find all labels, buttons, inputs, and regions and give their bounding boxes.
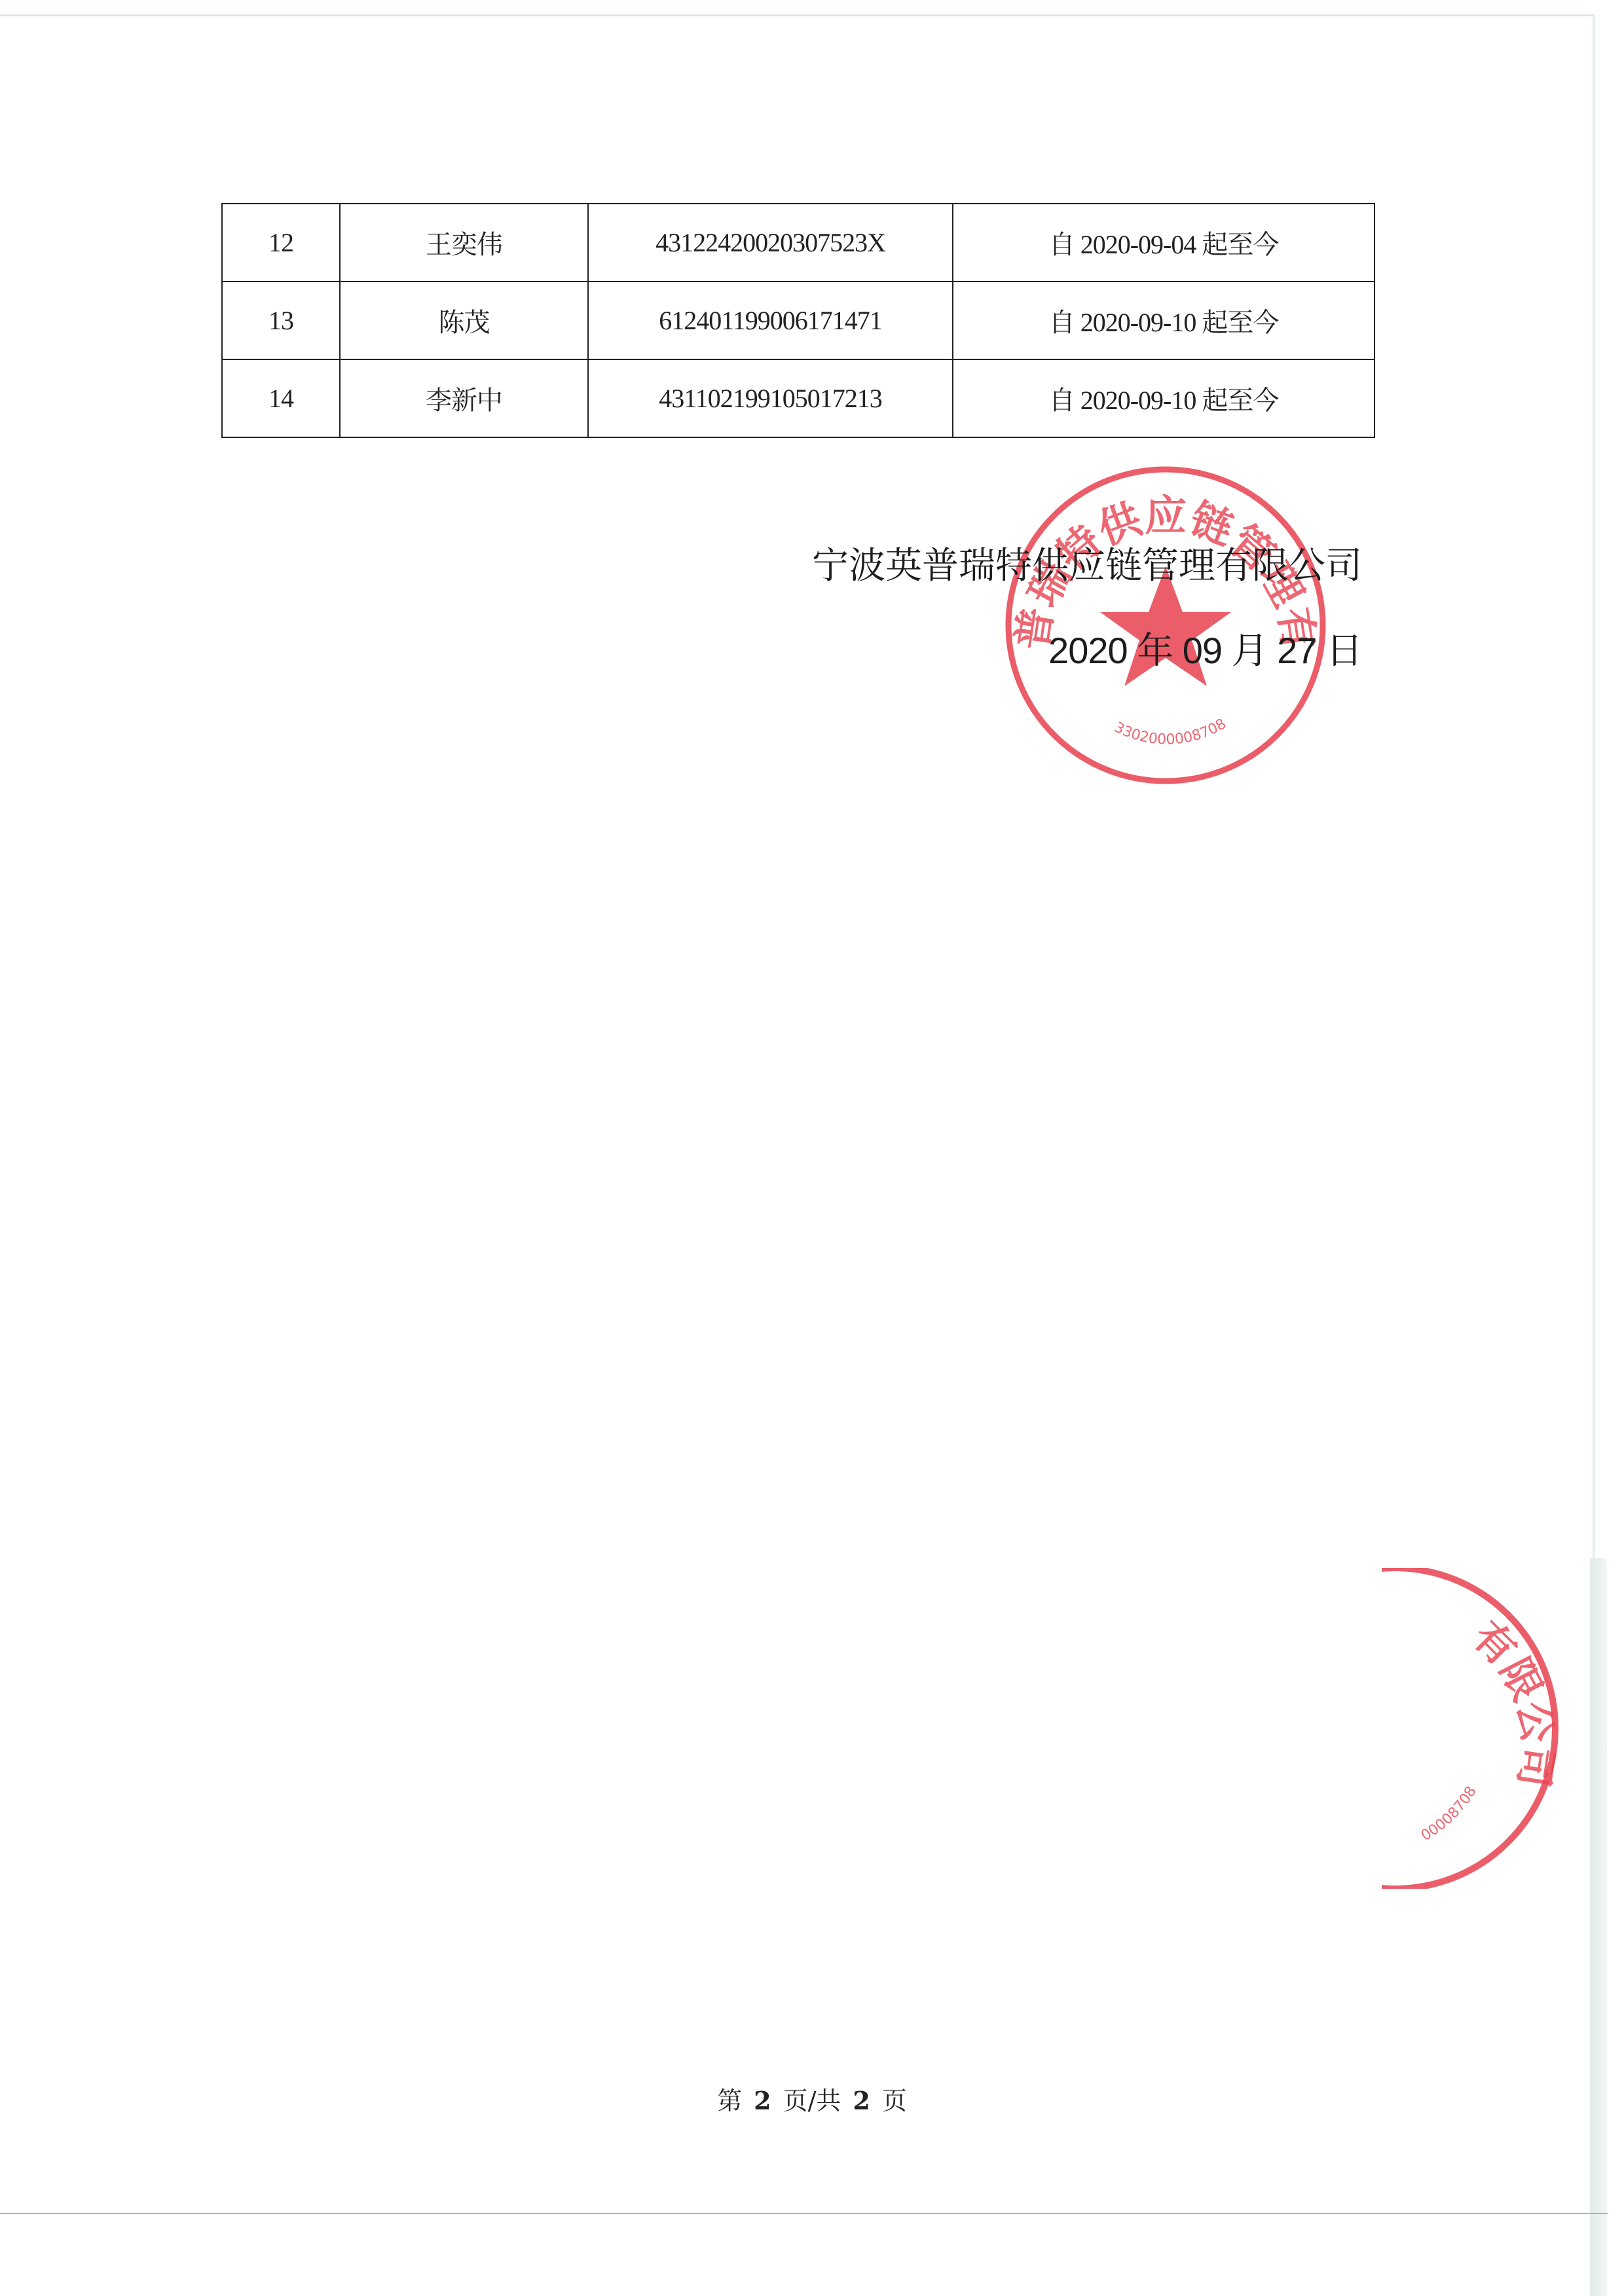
svg-text:有限公司: 有限公司 [1464, 1612, 1562, 1791]
period-prefix: 自 [1049, 386, 1075, 416]
period-date: 2020-09-04 [1080, 230, 1196, 259]
scan-bottom-line [0, 2213, 1608, 2214]
footer-middle: 页/共 [783, 2086, 841, 2115]
employment-period: 自 2020-09-10 起至今 [953, 359, 1375, 437]
employment-period: 自 2020-09-04 起至今 [953, 204, 1375, 282]
period-date: 2020-09-10 [1080, 308, 1196, 337]
personnel-table: 12 王奕伟 43122420020307523X 自 2020-09-04 起… [221, 203, 1375, 438]
page-footer: 第2页/共2页 [0, 2081, 1624, 2117]
company-name: 宁波英普瑞特供应链管理有限公司 [812, 537, 1362, 589]
current-page: 2 [754, 2086, 771, 2115]
svg-text:00008708: 00008708 [1418, 1783, 1480, 1844]
period-suffix: 起至今 [1202, 230, 1278, 260]
period-prefix: 自 [1049, 230, 1075, 260]
row-number: 12 [222, 204, 340, 282]
table-row: 12 王奕伟 43122420020307523X 自 2020-09-04 起… [222, 204, 1375, 282]
svg-text:3302000008708: 3302000008708 [1111, 716, 1228, 748]
row-number: 14 [222, 359, 340, 437]
scan-right-strip [1590, 1558, 1607, 2296]
person-name: 陈茂 [340, 282, 588, 359]
signature-date: 2020 年 09 月 27 日 [1048, 622, 1362, 674]
total-pages: 2 [853, 2086, 870, 2115]
period-suffix: 起至今 [1202, 308, 1278, 338]
table-row: 14 李新中 431102199105017213 自 2020-09-10 起… [222, 359, 1375, 437]
row-number: 13 [222, 282, 340, 359]
table-row: 13 陈茂 612401199006171471 自 2020-09-10 起至… [222, 282, 1375, 359]
partial-seal: 有限公司 00008708 [1382, 1568, 1565, 1889]
partial-seal-icon: 有限公司 00008708 [1382, 1568, 1565, 1889]
period-suffix: 起至今 [1202, 386, 1278, 416]
id-number: 612401199006171471 [588, 282, 953, 359]
scan-top-edge [0, 14, 1595, 16]
id-number: 431102199105017213 [588, 359, 953, 437]
id-number: 43122420020307523X [588, 204, 953, 282]
employment-period: 自 2020-09-10 起至今 [953, 282, 1375, 359]
person-name: 王奕伟 [340, 204, 588, 282]
period-prefix: 自 [1049, 308, 1075, 338]
period-date: 2020-09-10 [1080, 386, 1196, 415]
footer-suffix: 页 [882, 2086, 907, 2115]
footer-prefix: 第 [717, 2086, 742, 2115]
person-name: 李新中 [340, 359, 588, 437]
